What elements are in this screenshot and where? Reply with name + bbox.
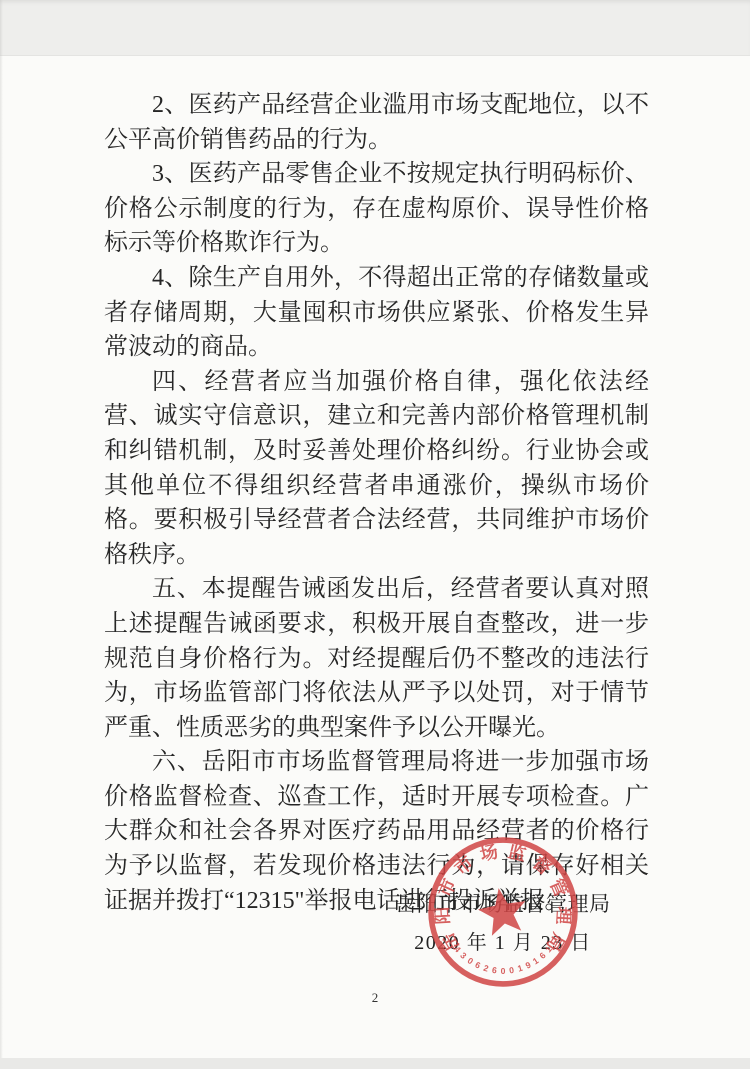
paragraph-section-four: 四、经营者应当加强价格自律，强化依法经营、诚实守信意识，建立和完善内部价格管理机… bbox=[104, 365, 649, 573]
page-number: 2 bbox=[0, 990, 750, 1006]
paragraph-item-4: 4、除生产自用外，不得超出正常的存储数量或者存储周期，大量囤积市场供应紧张、价格… bbox=[104, 261, 649, 365]
paragraph-item-3: 3、医药产品零售企业不按规定执行明码标价、价格公示制度的行为，存在虚构原价、误导… bbox=[104, 157, 649, 261]
document-body: 2、医药产品经营企业滥用市场支配地位，以不公平高价销售药品的行为。 3、医药产品… bbox=[104, 88, 649, 918]
signature-date: 2020 年 1 月 23 日 bbox=[352, 926, 654, 955]
scan-left-edge bbox=[0, 0, 3, 1069]
scan-bottom-shadow bbox=[0, 1058, 750, 1069]
paragraph-section-five: 五、本提醒告诫函发出后，经营者要认真对照上述提醒告诫函要求，积极开展自查整改，进… bbox=[104, 572, 649, 745]
scan-top-shadow bbox=[0, 0, 750, 56]
signature-block: 岳阳市市场监督管理局 2020 年 1 月 23 日 bbox=[352, 888, 654, 955]
paragraph-item-2: 2、医药产品经营企业滥用市场支配地位，以不公平高价销售药品的行为。 bbox=[104, 88, 649, 157]
signature-organization: 岳阳市市场监督管理局 bbox=[352, 888, 654, 918]
